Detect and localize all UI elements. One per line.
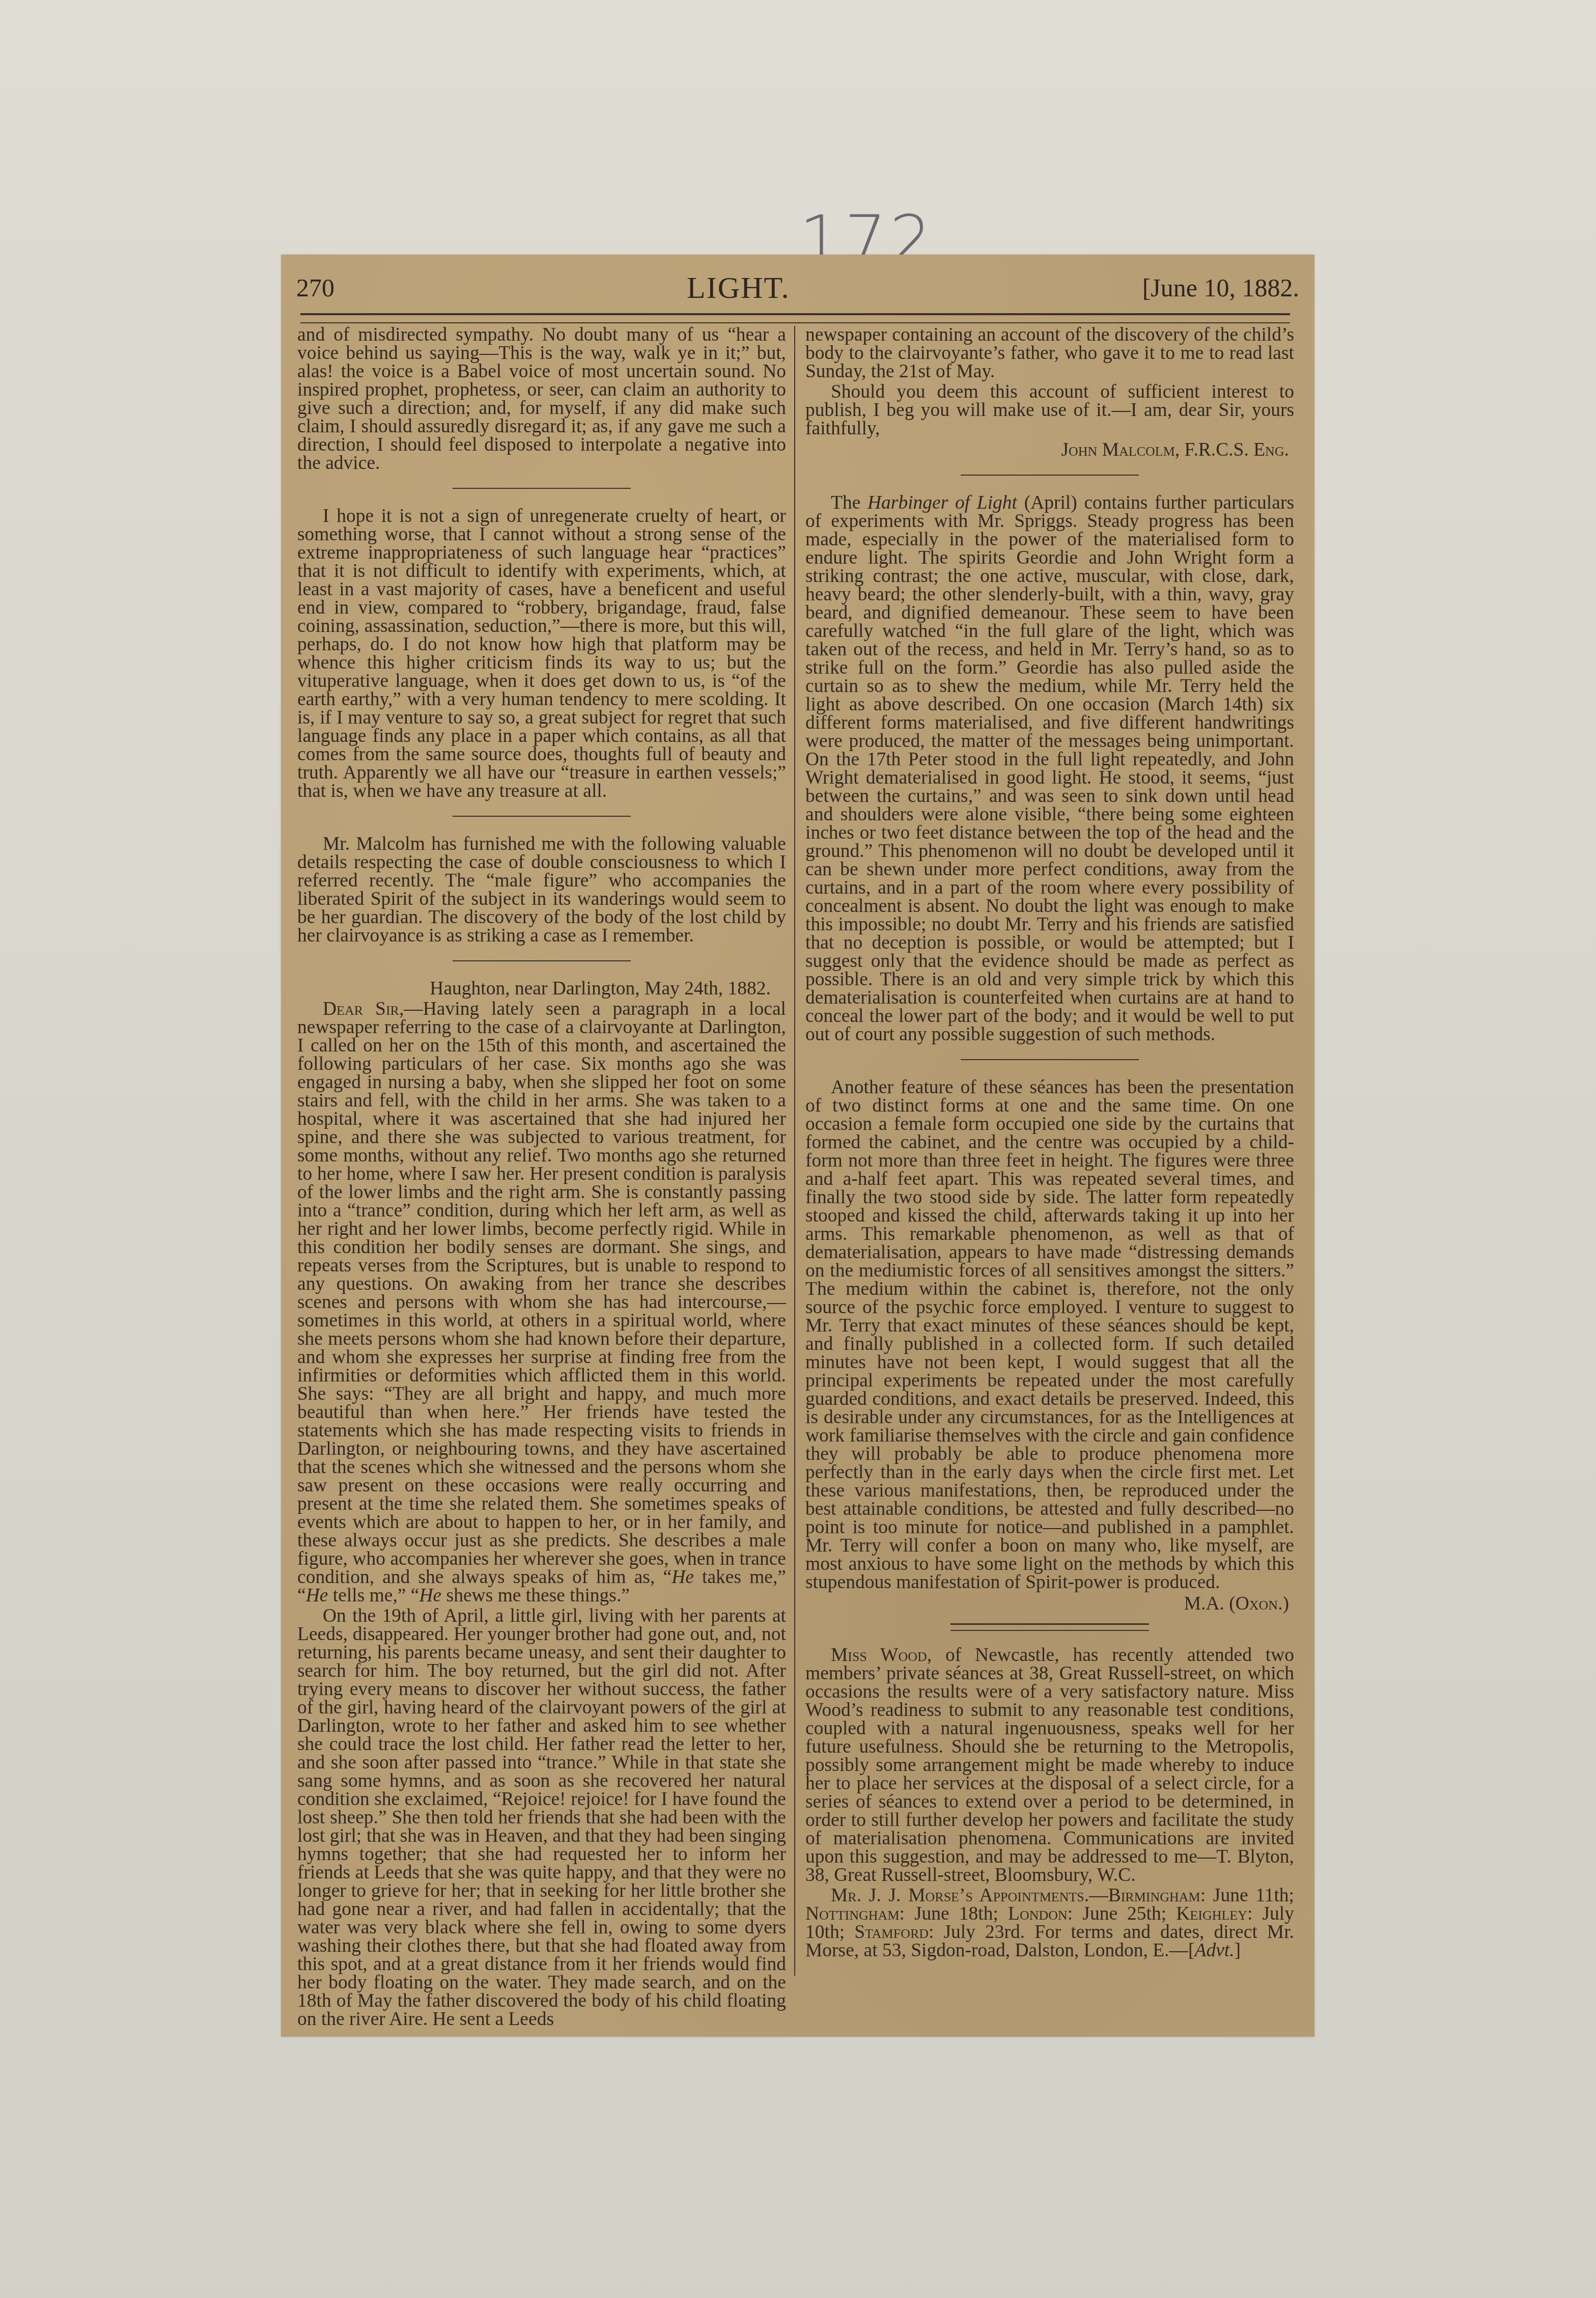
paragraph-two-forms: Another feature of these séances has bee… [805, 1078, 1294, 1592]
paragraph-closing: Should you deem this account of sufficie… [805, 383, 1294, 438]
section-rule [961, 475, 1139, 476]
letter-body-paragraph: Dear Sir,—Having lately seen a paragraph… [297, 1000, 786, 1605]
issue-date: [June 10, 1882. [1142, 273, 1299, 302]
page-number: 270 [296, 273, 334, 302]
paragraph-leeds-girl: On the 19th of April, a little girl, liv… [297, 1607, 786, 2029]
signature-john-malcolm: John Malcolm, F.R.C.S. Eng. [805, 441, 1294, 459]
letter-dateline: Haughton, near Darlington, May 24th, 188… [297, 980, 786, 998]
advertisement-morse-appointments: Mr. J. J. Morse’s Appointments.—Birmingh… [805, 1887, 1294, 1960]
masthead-rule [300, 313, 1290, 323]
newspaper-clipping: 270 LIGHT. [June 10, 1882. and of misdir… [281, 255, 1314, 2037]
section-rule [961, 1059, 1139, 1060]
section-double-rule [950, 1623, 1149, 1631]
paragraph-misdirected-sympathy: and of misdirected sympathy. No doubt ma… [297, 326, 786, 473]
section-rule [453, 488, 631, 489]
signature-ma-oxon: M.A. (Oxon.) [805, 1595, 1294, 1613]
section-rule [453, 816, 631, 817]
paragraph-mr-malcolm-intro: Mr. Malcolm has furnished me with the fo… [297, 835, 786, 945]
masthead: 270 LIGHT. [June 10, 1882. [296, 267, 1299, 308]
left-column: and of misdirected sympathy. No doubt ma… [297, 326, 786, 2031]
salutation: Dear Sir, [323, 999, 404, 1019]
paragraph-miss-wood: Miss Wood, of Newcastle, has recently at… [805, 1646, 1294, 1885]
section-rule [453, 960, 631, 961]
right-column: newspaper containing an account of the d… [805, 326, 1294, 1962]
paragraph-unregenerate-cruelty: I hope it is not a sign of unregenerate … [297, 507, 786, 800]
newspaper-title: LIGHT. [687, 270, 790, 306]
column-divider [794, 326, 795, 1976]
paragraph-harbinger-of-light: The Harbinger of Light (April) contains … [805, 494, 1294, 1044]
paragraph-newspaper-account: newspaper containing an account of the d… [805, 326, 1294, 381]
